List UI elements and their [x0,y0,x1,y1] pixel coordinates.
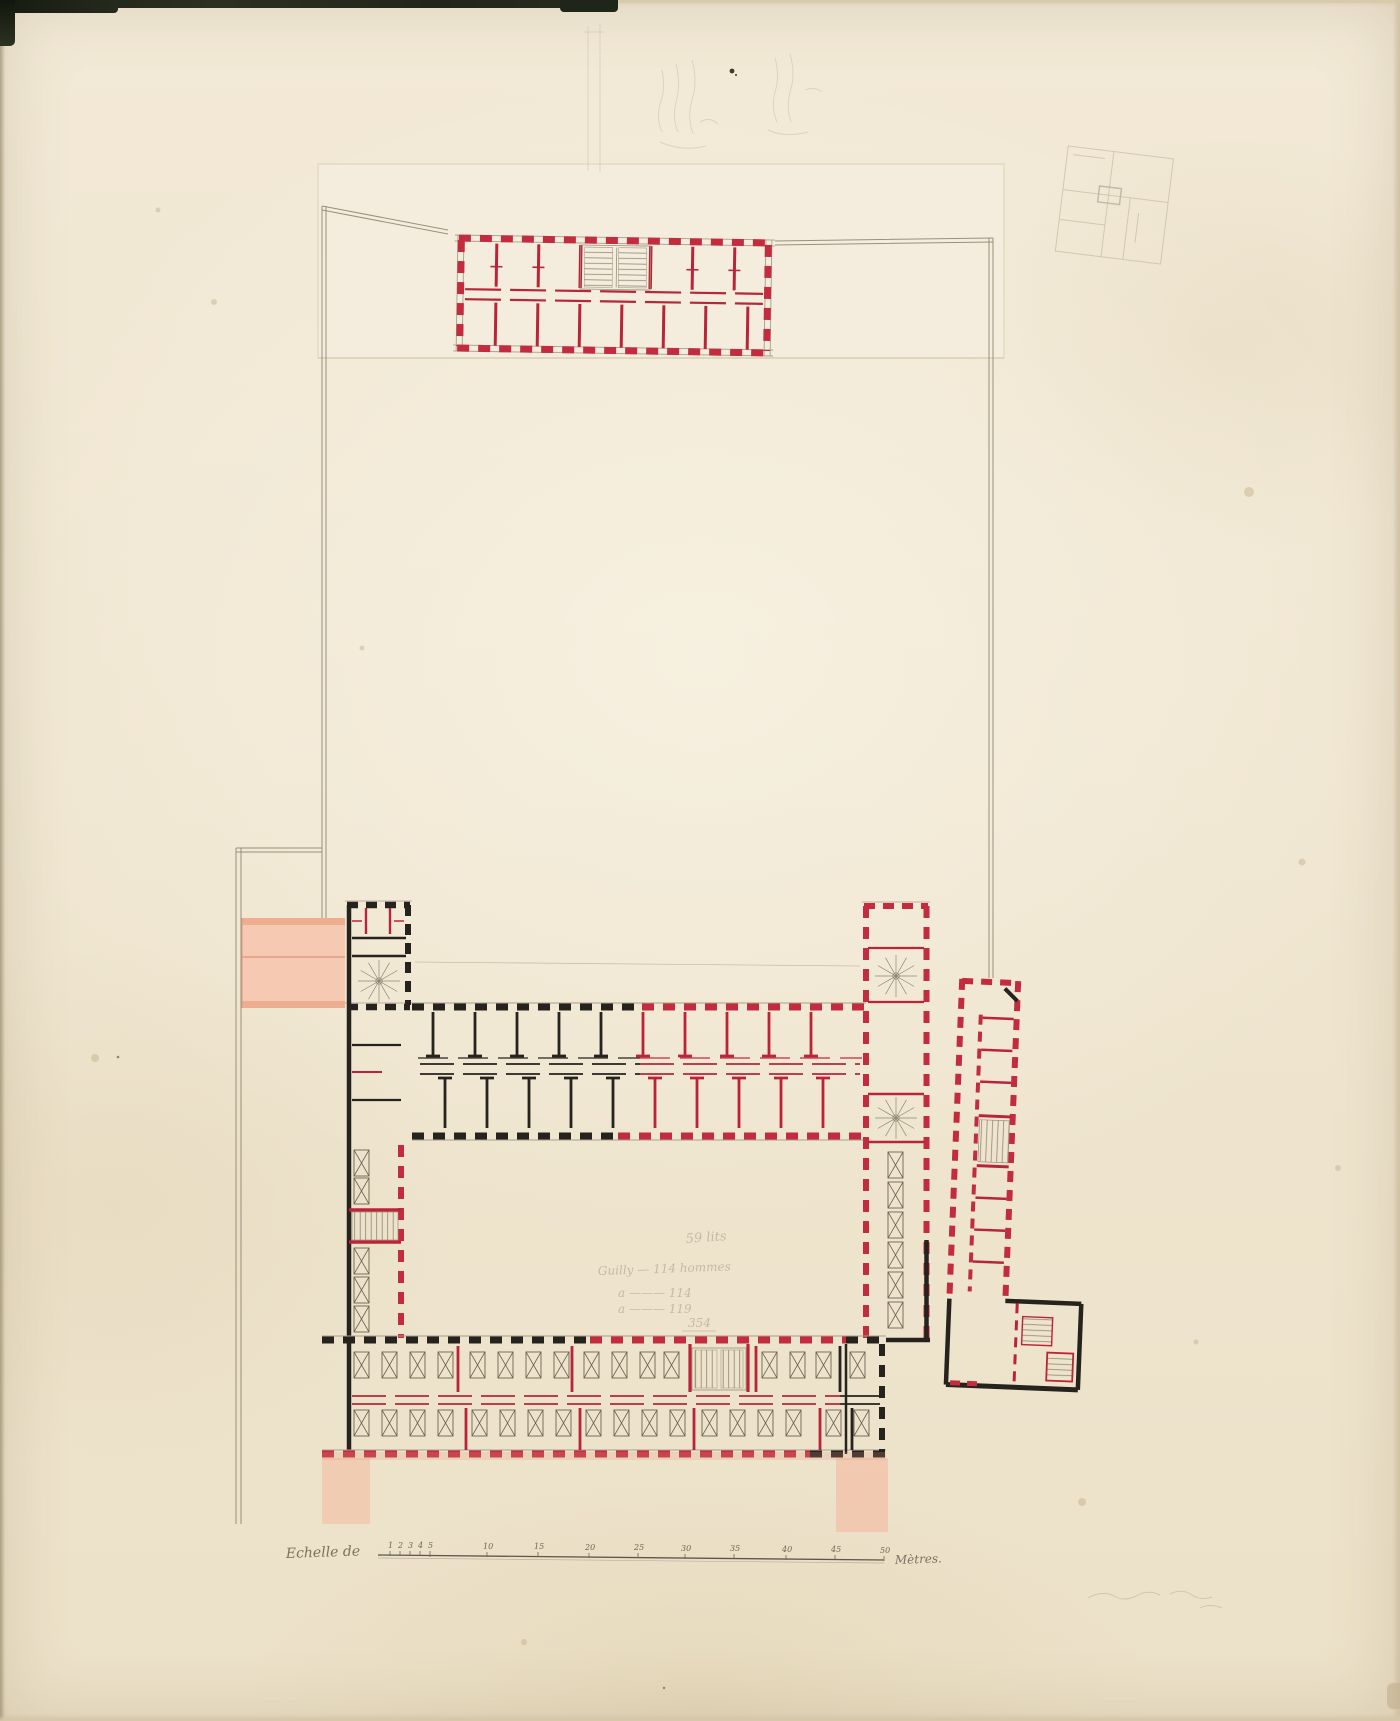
left-wing-stair [352,1212,398,1240]
pencil-note-5: 354 [688,1316,711,1330]
south-range [322,1336,888,1532]
scale-label-left: Echelle de [285,1543,361,1562]
tick-label: 30 [681,1544,691,1553]
tick-label: 1 [388,1541,393,1550]
bed-symbols-lower-row [354,1410,869,1436]
spiral-stair-icon [358,960,400,1002]
east-wing-stair [978,1120,1010,1163]
spiral-stair-icon [875,1097,917,1139]
annex-stair [1022,1317,1053,1346]
pencil-note-2: Guilly — 114 hommes [598,1259,731,1278]
tick-label: 50 [880,1546,890,1555]
wash-bottom-left [322,1458,370,1524]
drawing-sheet: 59 lits Guilly — 114 hommes a ——— 114 a … [0,0,1400,1721]
floor-plan-drawing: 59 lits Guilly — 114 hommes a ——— 114 a … [0,0,1400,1721]
black-partitions [426,1012,620,1128]
scale-bar: Echelle de 1 2 3 4 5 10 15 20 25 30 35 4… [285,1541,943,1567]
left-wing [349,905,401,1452]
wash-bottom-strip [322,1452,886,1460]
tick-label: 35 [730,1544,740,1553]
paper-edge-right [1393,0,1400,1721]
right-pavilion-and-wing [862,902,930,1342]
tick-label: 2 [397,1541,403,1550]
pencil-inscription-bottom-right [1088,1591,1222,1608]
tick-label: 45 [830,1545,841,1554]
paper-edge-left [0,0,5,1721]
tick-label: 4 [417,1541,423,1550]
pasted-sheet-patch [318,164,1004,358]
pencil-sketch-top-right [1055,146,1173,264]
paper-edge-top [618,0,1400,3]
paper-edge-bottom [0,1715,1400,1721]
annex-room [1046,1353,1073,1382]
north-range [412,1003,866,1140]
quadrangle-plan [242,901,930,1532]
tick-label: 3 [408,1541,413,1550]
tick-label: 10 [483,1542,493,1551]
wash-bottom-right [836,1458,888,1532]
tick-label: 20 [584,1543,595,1552]
pencil-note-1: 59 lits [685,1229,727,1247]
binding-corner [0,0,15,46]
spiral-stair-icon [875,955,917,997]
pencil-note-3: a ——— 114 [618,1286,692,1300]
tick-label: 5 [428,1541,433,1550]
scale-tick-labels: 1 2 3 4 5 10 15 20 25 30 35 40 45 50 [388,1541,890,1555]
bed-symbols-upper-row [354,1352,865,1378]
tick-label: 15 [534,1542,544,1551]
east-wing-plan [946,979,1094,1390]
grand-staircase [690,1344,748,1392]
ink-fleck [730,69,737,76]
courtyard-pencil-notes: 59 lits Guilly — 114 hommes a ——— 114 a … [598,1229,731,1331]
scale-label-right: Mètres. [894,1551,942,1567]
black-annex [946,1299,1081,1390]
paper-corner-bottom-right [1387,1683,1400,1709]
binding-edge-nub [560,0,618,12]
pencil-ghost-marks [584,24,822,172]
pencil-note-4: a ——— 119 [618,1302,692,1316]
left-pavilion [345,901,412,1007]
entrance-passage-wash [242,918,345,1008]
binding-edge-top [0,0,618,8]
red-partitions [636,1012,830,1128]
scale-line [378,1555,884,1560]
tick-label: 40 [781,1545,792,1554]
tick-label: 25 [633,1543,644,1552]
